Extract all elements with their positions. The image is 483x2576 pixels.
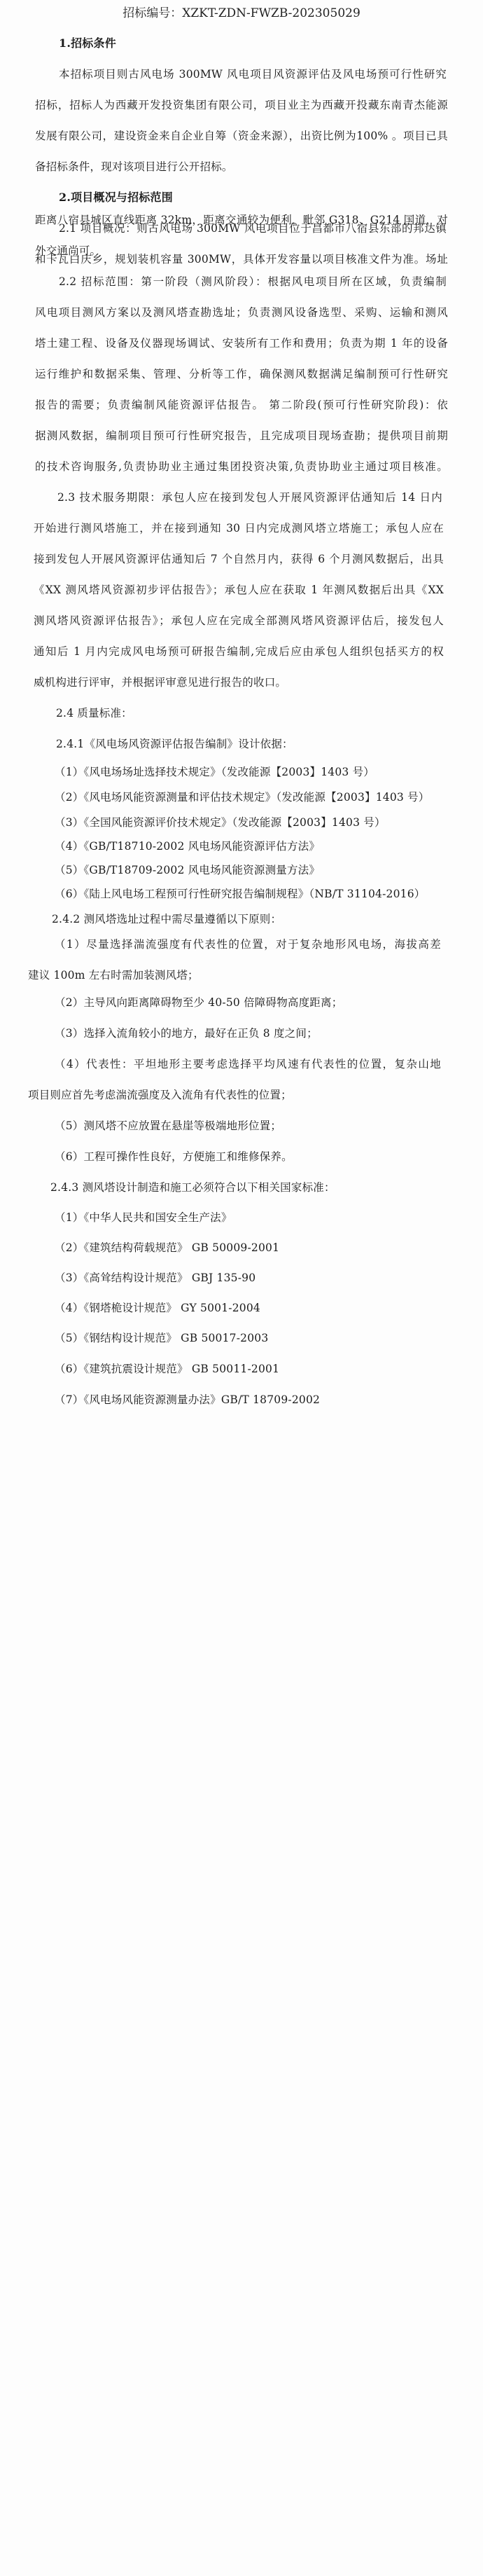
p242-line: （3）选择入流角较小的地方，最好在正负 8 度之间； [55, 1026, 318, 1040]
p242-line: （5）测风塔不应放置在悬崖等极端地形位置； [55, 1119, 281, 1133]
p242-line: （1）尽量选择湍流强度有代表性的位置，对于复杂地形风电场，海拔高差 [55, 937, 441, 951]
p242-line: （4）代表性：平坦地形主要考虑选择平均风速有代表性的位置，复杂山地 [55, 1057, 441, 1071]
p22-line: 塔土建工程、设备及仪器现场调试、安装所有工作和费用；负责为期 1 年的设备 [35, 336, 448, 350]
p241-heading: 2.4.1《风电场风资源评估报告编制》设计依据： [56, 737, 293, 751]
p242-heading: 2.4.2 测风塔选址过程中需尽量遵循以下原则： [52, 912, 281, 926]
tender-number: 招标编号：XZKT-ZDN-FWZB-202305029 [0, 6, 483, 21]
p23-line: 通知后 1 月内完成风电场预可研报告编制,完成后应由承包人组织包括买方的权 [34, 645, 444, 659]
s1-line: 招标，招标人为西藏开发投资集团有限公司，项目业主为西藏开投藏东南青杰能源 [35, 98, 448, 112]
s1-line: 本招标项目则古风电场 300MW 风电项目风资源评估及风电场预可行性研究 [59, 67, 447, 81]
s1-line: 发展有限公司，建设资金来自企业自筹（资金来源），出资比例为100% 。项目已具 [35, 129, 448, 143]
p243-item: （5）《钢结构设计规范》 GB 50017-2003 [55, 1331, 268, 1345]
p23-line: 威机构进行评审，并根据评审意见进行报告的收口。 [34, 675, 286, 689]
p241-item: （4）《GB/T18710-2002 风电场风能资源评估方法》 [55, 839, 320, 853]
p242-line: 项目则应首先考虑湍流强度及入流角有代表性的位置； [28, 1088, 292, 1102]
p243-item: （7）《风电场风能资源测量办法》GB/T 18709-2002 [55, 1393, 320, 1407]
document-page: 招标编号：XZKT-ZDN-FWZB-202305029 1.招标条件 本招标项… [0, 0, 483, 2576]
p23-line: 开始进行测风塔施工，并在接到通知 30 日内完成测风塔立塔施工；承包人应在 [34, 521, 444, 535]
p22-line: 的技术咨询服务,负责协助业主通过集团投资决策,负责协助业主通过项目核准。 [35, 460, 448, 474]
p243-item: （3）《高耸结构设计规范》 GBJ 135-90 [55, 1271, 255, 1285]
p21-line-2: 距离八宿县城区直线距离 32km，距离交通较为便利，毗邻 G318、G214 国… [35, 213, 448, 227]
p22-line: 运行维护和数据采集、管理、分析等工作，确保测风数据满足编制预可行性研究 [35, 367, 448, 381]
p23-line: 2.3 技术服务期限：承包人应在接到发包人开展风资源评估通知后 14 日内 [57, 490, 442, 504]
section-heading-1: 1.招标条件 [59, 36, 116, 50]
p22-line: 风电项目测风方案以及测风塔查勘选址；负责测风设备选型、采购、运输和测风 [35, 305, 448, 319]
p241-item: （1）《风电场场址选择技术规定》（发改能源【2003】1403 号） [55, 765, 374, 779]
p241-item: （2）《风电场风能资源测量和评估技术规定》（发改能源【2003】1403 号） [55, 790, 429, 804]
p243-item: （1）《中华人民共和国安全生产法》 [55, 1211, 232, 1225]
p23-line: 接到发包人开展风资源评估通知后 7 个自然月内，获得 6 个月测风数据后，出具 [34, 552, 444, 566]
quality-standard-heading: 2.4 质量标准： [56, 706, 132, 720]
s1-line: 备招标条件，现对该项目进行公开招标。 [35, 160, 233, 174]
p22-line: 据测风数据，编制项目预可行性研究报告，且完成项目现场查勘；提供项目前期 [35, 429, 448, 443]
p22-line: 报告的需要；负责编制风能资源评估报告。 第二阶段(预可行性研究阶段)：依 [35, 398, 448, 412]
p243-item: （6）《建筑抗震设计规范》 GB 50011-2001 [55, 1362, 279, 1376]
p242-line: （2）主导风向距离障碍物至少 40-50 倍障碍物高度距离； [55, 996, 342, 1010]
p241-item: （6）《陆上风电场工程预可行性研究报告编制规程》（NB/T 31104-2016… [55, 887, 426, 901]
p243-item: （2）《建筑结构荷载规范》 GB 50009-2001 [55, 1241, 279, 1255]
p243-item: （4）《钢塔桅设计规范》 GY 5001-2004 [55, 1301, 260, 1315]
p242-line: 建议 100m 左右时需加装测风塔； [28, 968, 199, 982]
p241-item: （5）《GB/T18709-2002 风电场风能资源测量方法》 [55, 863, 320, 877]
p22-line: 2.2 招标范围：第一阶段（测风阶段）：根据风电项目所在区域，负责编制 [59, 275, 447, 289]
p242-line: （6）工程可操作性良好，方便施工和维修保养。 [55, 1150, 293, 1164]
p21-line-3: 外交通尚可。 [35, 244, 101, 258]
p241-item: （3）《全国风能资源评价技术规定》（发改能源【2003】1403 号） [55, 815, 386, 829]
p23-line: 测风塔风资源评估报告》；承包人应在完成全部测风塔风资源评估后，接发包人 [34, 614, 444, 628]
section-heading-2: 2.项目概况与招标范围 [59, 191, 173, 205]
p243-heading: 2.4.3 测风塔设计制造和施工必须符合以下相关国家标准： [50, 1180, 335, 1194]
p23-line: 《XX 测风塔风资源初步评估报告》；承包人应在获取 1 年测风数据后出具《XX [34, 583, 444, 597]
